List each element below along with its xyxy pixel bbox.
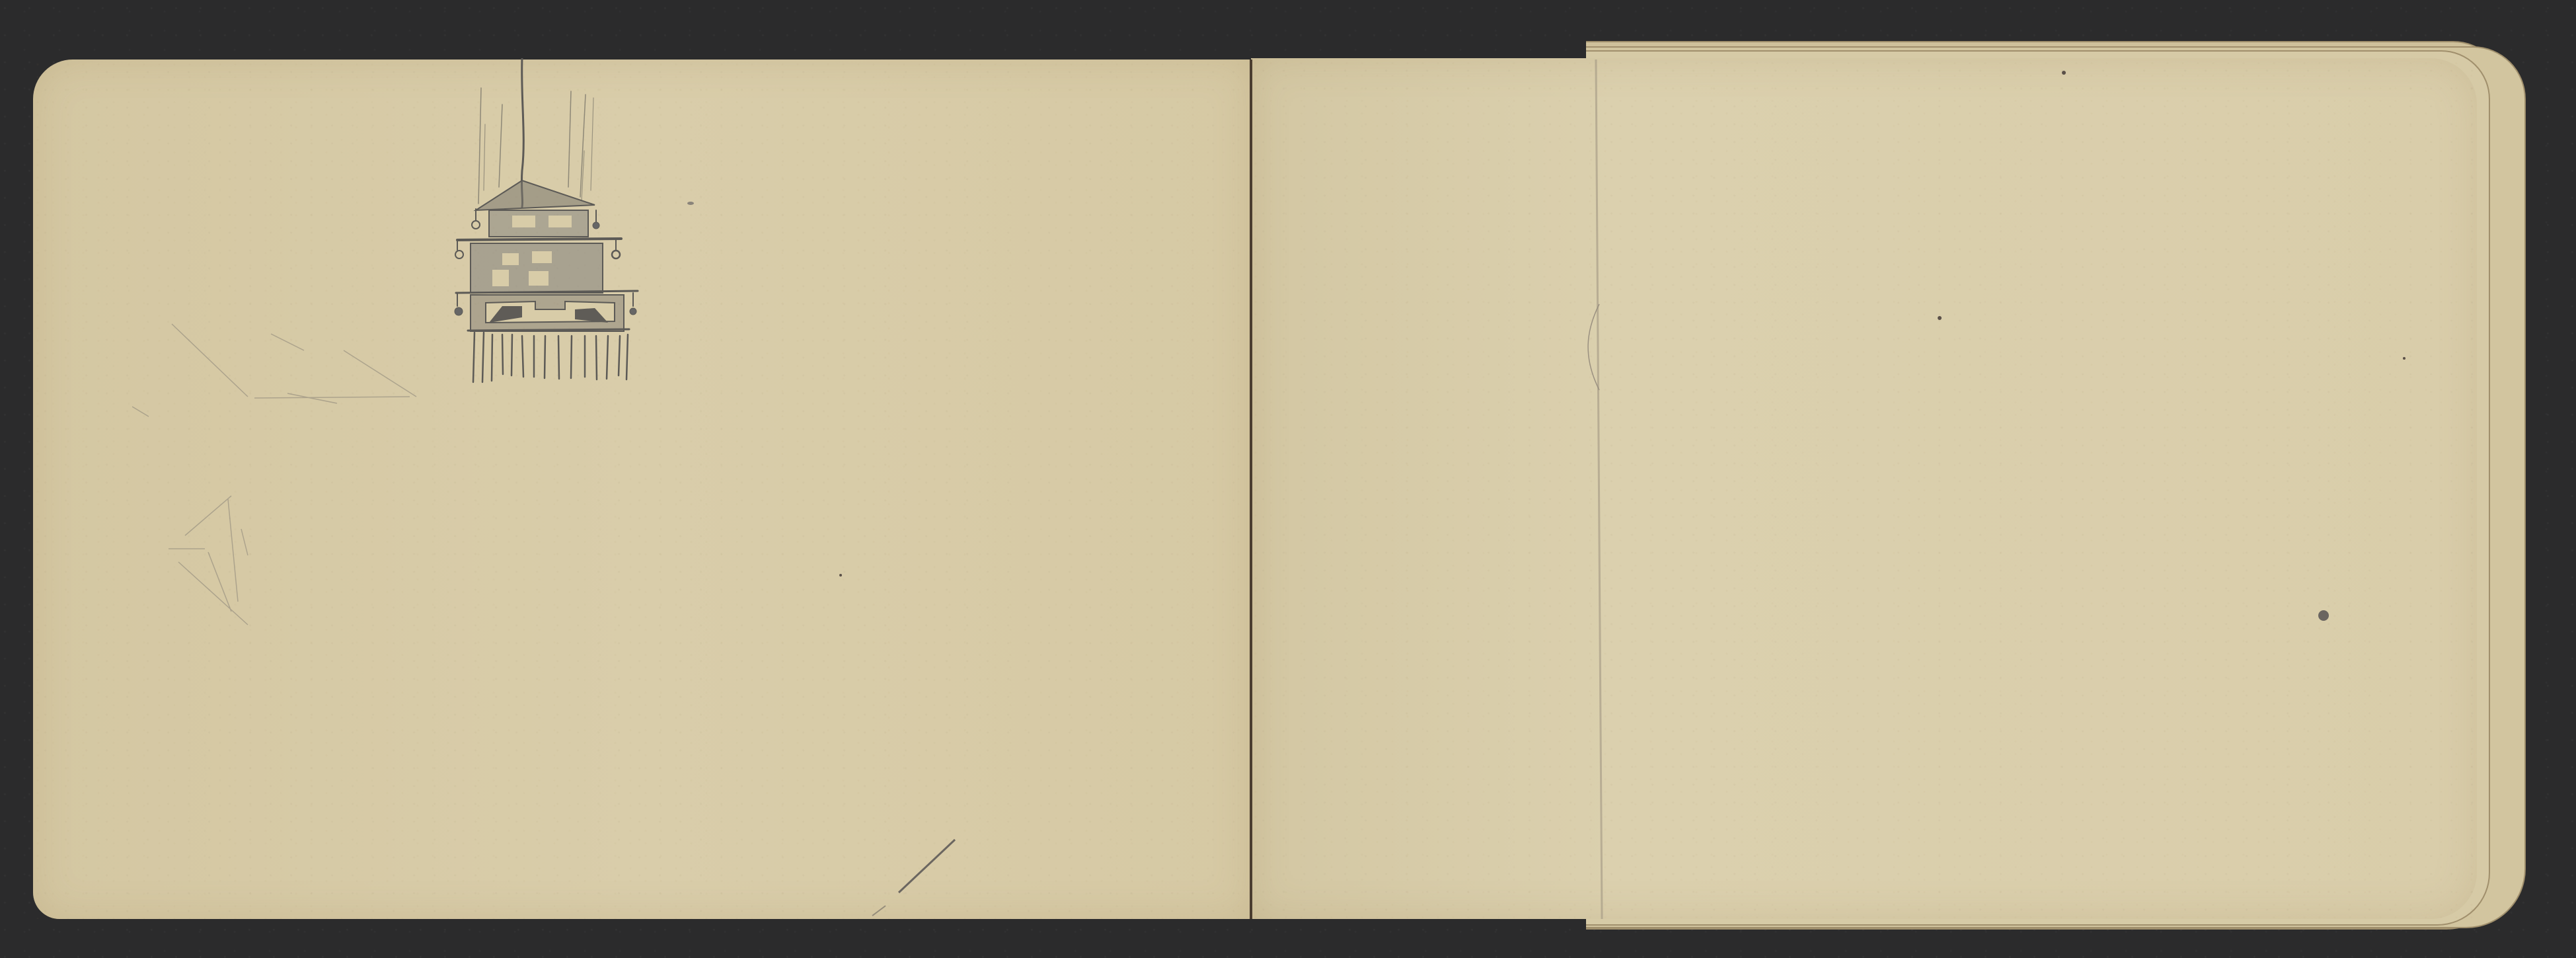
paper-speck [2403, 357, 2406, 360]
crease-bump [1573, 291, 1626, 410]
paper-speck [687, 202, 694, 205]
paper-speck [2062, 71, 2066, 75]
paper-speck [1938, 316, 1942, 320]
book-spine [1250, 60, 1252, 919]
faint-pencil-marks [132, 298, 595, 760]
paper-speck [839, 574, 842, 577]
right-page [1251, 58, 2477, 919]
paper-speck [2318, 610, 2329, 621]
stray-pencil-stroke [859, 826, 991, 919]
